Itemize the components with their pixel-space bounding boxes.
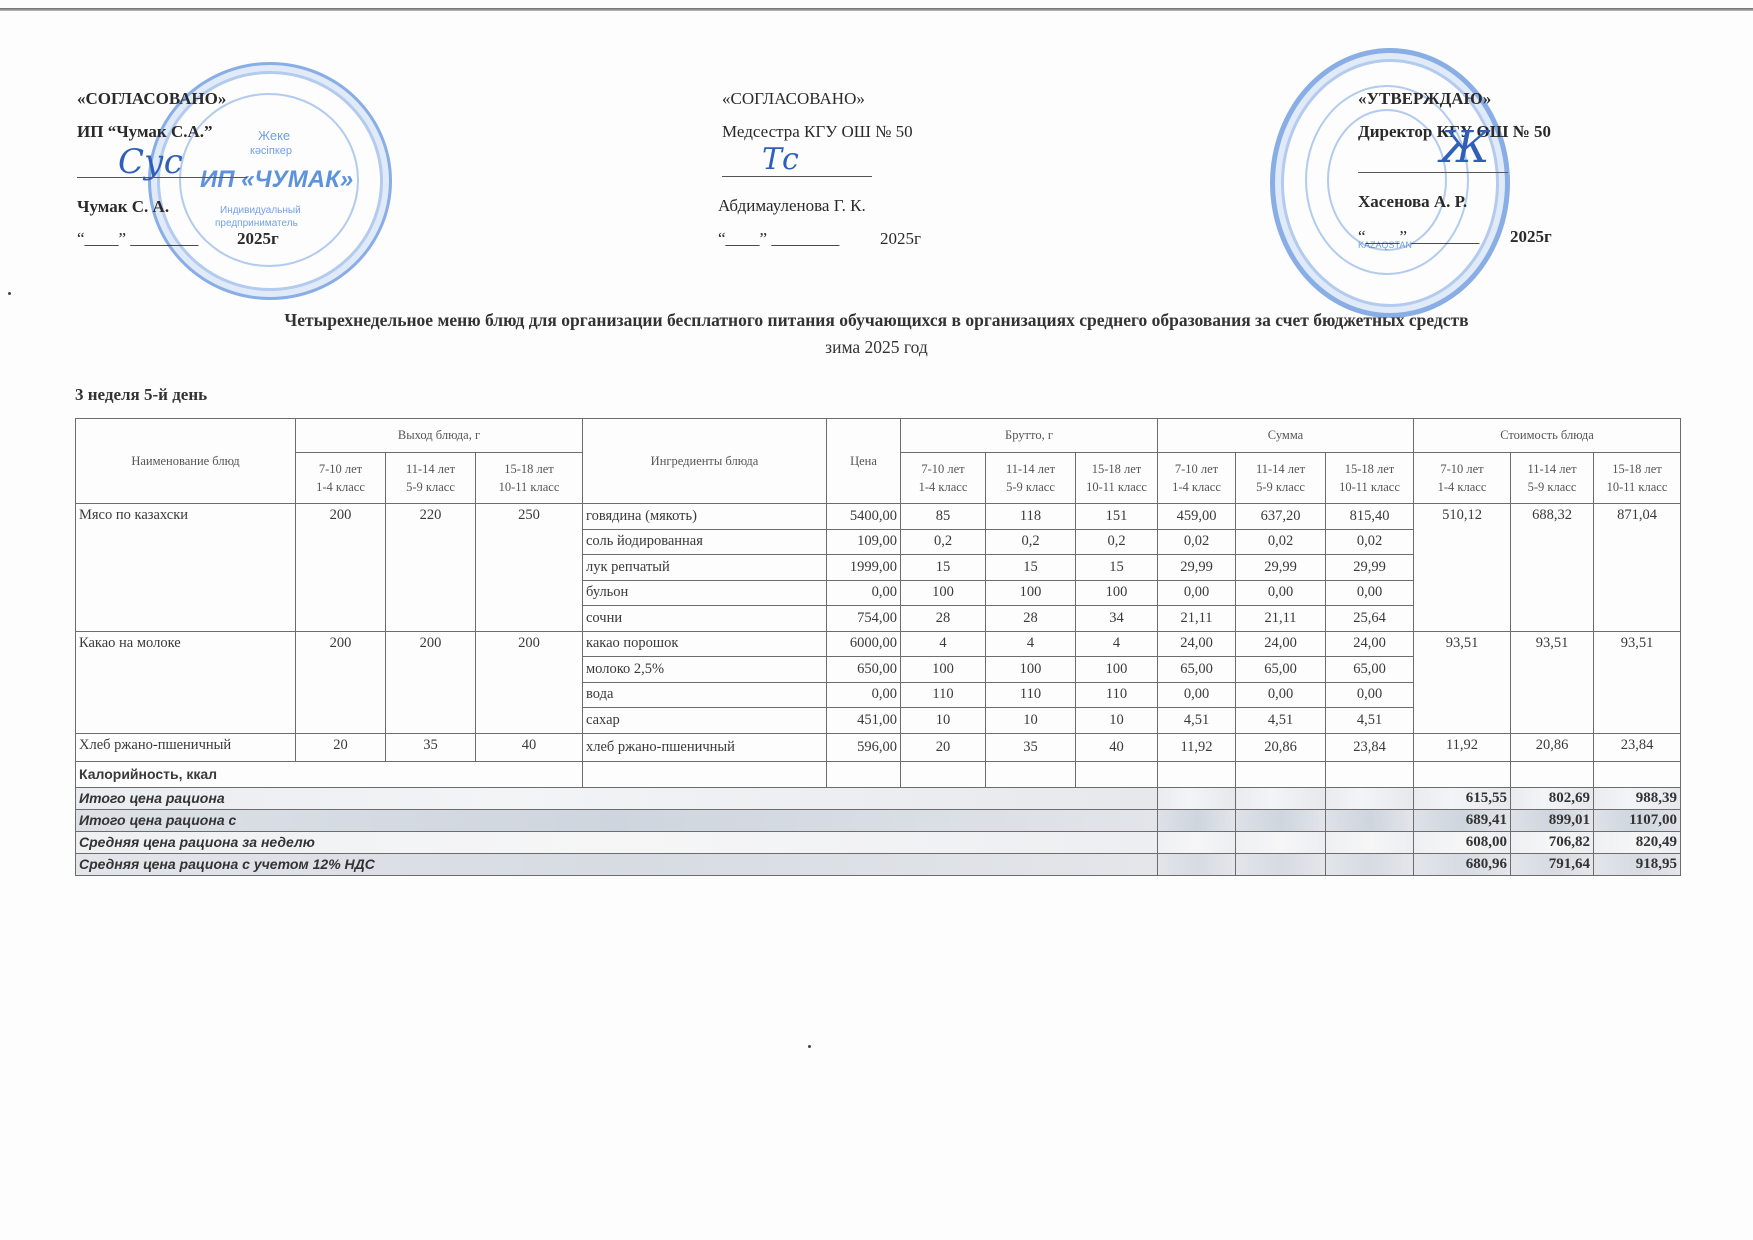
dish-yield: 200	[296, 504, 386, 632]
header-brutto-age-2: 11-14 лет5-9 класс	[986, 453, 1076, 504]
ingredient-price: 596,00	[827, 733, 901, 762]
header-cost-age-2: 11-14 лет5-9 класс	[1511, 453, 1594, 504]
ingredient-brutto: 40	[1076, 733, 1158, 762]
dish-cost: 93,51	[1414, 631, 1511, 733]
ingredient-sum: 4,51	[1236, 708, 1326, 734]
ingredient-sum: 24,00	[1236, 631, 1326, 657]
dish-yield: 200	[476, 631, 583, 733]
ingredient-brutto: 28	[901, 606, 986, 632]
ingredient-sum: 4,51	[1326, 708, 1414, 734]
summary-empty-cell	[1158, 787, 1236, 809]
dish-yield: 20	[296, 733, 386, 762]
summary-empty-cell	[1236, 853, 1326, 875]
document-title: Четырехнедельное меню блюд для организац…	[0, 310, 1753, 331]
summary-value: 1107,00	[1594, 809, 1681, 831]
summary-row: Итого цена рациона615,55802,69988,39	[76, 787, 1681, 809]
ingredient-name: бульон	[583, 580, 827, 606]
ingredient-price: 451,00	[827, 708, 901, 734]
dish-yield: 35	[386, 733, 476, 762]
ingredient-sum: 637,20	[1236, 504, 1326, 530]
signature-left: Сус	[118, 142, 183, 182]
menu-table: Наименование блюд Выход блюда, г Ингреди…	[75, 418, 1681, 876]
ingredient-brutto: 100	[986, 580, 1076, 606]
header-yield-age-3: 15-18 лет10-11 класс	[476, 453, 583, 504]
summary-empty-cell	[1158, 853, 1236, 875]
summary-empty-cell	[1158, 809, 1236, 831]
ingredient-brutto: 15	[901, 555, 986, 581]
calories-cell	[1326, 762, 1414, 788]
stamp-ip-chumak-label: ИП «ЧУМАК»	[200, 166, 353, 194]
approval-middle-position: Медсестра КГУ ОШ № 50	[722, 123, 913, 140]
ingredient-brutto: 110	[901, 682, 986, 708]
summary-row: Средняя цена рациона с учетом 12% НДС680…	[76, 853, 1681, 875]
ingredient-brutto: 100	[1076, 657, 1158, 683]
dish-cost: 688,32	[1511, 504, 1594, 632]
calories-cell	[1236, 762, 1326, 788]
ingredient-brutto: 4	[901, 631, 986, 657]
summary-value: 802,69	[1511, 787, 1594, 809]
calories-cell	[583, 762, 827, 788]
summary-value: 820,49	[1594, 831, 1681, 853]
header-ingredients: Ингредиенты блюда	[583, 419, 827, 504]
ingredient-sum: 0,02	[1158, 529, 1236, 555]
ingredient-brutto: 35	[986, 733, 1076, 762]
scan-edge	[0, 8, 1753, 11]
summary-value: 706,82	[1511, 831, 1594, 853]
summary-empty-cell	[1236, 831, 1326, 853]
ingredient-brutto: 4	[986, 631, 1076, 657]
ingredient-brutto: 10	[901, 708, 986, 734]
ingredient-brutto: 110	[1076, 682, 1158, 708]
dish-cost: 871,04	[1594, 504, 1681, 632]
dish-yield: 40	[476, 733, 583, 762]
scan-speck	[8, 292, 11, 295]
header-sum-age-3: 15-18 лет10-11 класс	[1326, 453, 1414, 504]
ingredient-brutto: 28	[986, 606, 1076, 632]
ingredient-brutto: 10	[1076, 708, 1158, 734]
summary-empty-cell	[1326, 831, 1414, 853]
document-subtitle: зима 2025 год	[0, 337, 1753, 358]
dish-name: Какао на молоке	[76, 631, 296, 733]
dish-name: Мясо по казахски	[76, 504, 296, 632]
ingredient-brutto: 15	[1076, 555, 1158, 581]
ingredient-name: молоко 2,5%	[583, 657, 827, 683]
dish-cost: 23,84	[1594, 733, 1681, 762]
calories-cell	[986, 762, 1076, 788]
header-sum-age-2: 11-14 лет5-9 класс	[1236, 453, 1326, 504]
ingredient-brutto: 100	[901, 657, 986, 683]
summary-value: 918,95	[1594, 853, 1681, 875]
calories-label: Калорийность, ккал	[76, 762, 583, 788]
dish-yield: 220	[386, 504, 476, 632]
dish-yield: 200	[296, 631, 386, 733]
header-yield: Выход блюда, г	[296, 419, 583, 453]
ingredient-sum: 21,11	[1158, 606, 1236, 632]
ingredient-sum: 0,00	[1158, 682, 1236, 708]
ingredient-brutto: 0,2	[901, 529, 986, 555]
ingredient-sum: 24,00	[1326, 631, 1414, 657]
ingredient-price: 754,00	[827, 606, 901, 632]
ingredient-sum: 4,51	[1158, 708, 1236, 734]
calories-row: Калорийность, ккал	[76, 762, 1681, 788]
header-yield-age-1: 7-10 лет1-4 класс	[296, 453, 386, 504]
summary-empty-cell	[1326, 809, 1414, 831]
ingredient-price: 5400,00	[827, 504, 901, 530]
header-brutto: Брутто, г	[901, 419, 1158, 453]
ingredient-brutto: 110	[986, 682, 1076, 708]
summary-empty-cell	[1236, 787, 1326, 809]
header-sum-age-1: 7-10 лет1-4 класс	[1158, 453, 1236, 504]
calories-cell	[1414, 762, 1511, 788]
summary-value: 680,96	[1414, 853, 1511, 875]
ingredient-sum: 29,99	[1236, 555, 1326, 581]
header-cost-age-1: 7-10 лет1-4 класс	[1414, 453, 1511, 504]
dish-yield: 200	[386, 631, 476, 733]
ingredient-name: хлеб ржано-пшеничный	[583, 733, 827, 762]
summary-label: Средняя цена рациона за неделю	[76, 831, 1158, 853]
ingredient-price: 109,00	[827, 529, 901, 555]
dish-cost: 510,12	[1414, 504, 1511, 632]
header-brutto-age-3: 15-18 лет10-11 класс	[1076, 453, 1158, 504]
signature-middle: Тс	[762, 142, 799, 177]
ingredient-price: 650,00	[827, 657, 901, 683]
dish-cost: 93,51	[1511, 631, 1594, 733]
ingredient-sum: 0,00	[1326, 682, 1414, 708]
header-yield-age-2: 11-14 лет5-9 класс	[386, 453, 476, 504]
calories-cell	[901, 762, 986, 788]
approval-right-year: 2025г	[1510, 228, 1552, 245]
ingredient-brutto: 10	[986, 708, 1076, 734]
summary-value: 988,39	[1594, 787, 1681, 809]
ingredient-sum: 0,00	[1326, 580, 1414, 606]
day-label: 3 неделя 5-й день	[75, 385, 207, 405]
ingredient-brutto: 100	[1076, 580, 1158, 606]
approval-left-name: Чумак С. А.	[77, 198, 169, 215]
ingredient-sum: 11,92	[1158, 733, 1236, 762]
table-row: Мясо по казахски200220250говядина (мякот…	[76, 504, 1681, 530]
dish-cost: 20,86	[1511, 733, 1594, 762]
summary-label: Итого цена рациона	[76, 787, 1158, 809]
dish-name: Хлеб ржано-пшеничный	[76, 733, 296, 762]
summary-row: Средняя цена рациона за неделю608,00706,…	[76, 831, 1681, 853]
scan-speck	[808, 1045, 811, 1048]
approval-right-date: “____” ________	[1358, 228, 1479, 245]
dish-yield: 250	[476, 504, 583, 632]
ingredient-sum: 0,02	[1326, 529, 1414, 555]
ingredient-sum: 23,84	[1326, 733, 1414, 762]
calories-cell	[1076, 762, 1158, 788]
summary-value: 615,55	[1414, 787, 1511, 809]
approval-middle-heading: «СОГЛАСОВАНО»	[722, 90, 865, 107]
summary-empty-cell	[1326, 853, 1414, 875]
summary-value: 689,41	[1414, 809, 1511, 831]
ingredient-sum: 29,99	[1326, 555, 1414, 581]
summary-value: 791,64	[1511, 853, 1594, 875]
summary-empty-cell	[1326, 787, 1414, 809]
ingredient-name: говядина (мякоть)	[583, 504, 827, 530]
ingredient-brutto: 85	[901, 504, 986, 530]
ingredient-sum: 0,02	[1236, 529, 1326, 555]
calories-cell	[1511, 762, 1594, 788]
dish-cost: 11,92	[1414, 733, 1511, 762]
ingredient-sum: 65,00	[1326, 657, 1414, 683]
approval-middle-year: 2025г	[880, 230, 921, 247]
ingredient-sum: 25,64	[1326, 606, 1414, 632]
ingredient-brutto: 34	[1076, 606, 1158, 632]
header-price: Цена	[827, 419, 901, 504]
ingredient-name: лук репчатый	[583, 555, 827, 581]
ingredient-sum: 20,86	[1236, 733, 1326, 762]
header-dish-cost: Стоимость блюда	[1414, 419, 1681, 453]
ingredient-sum: 459,00	[1158, 504, 1236, 530]
summary-empty-cell	[1158, 831, 1236, 853]
table-row: Какао на молоке200200200какао порошок600…	[76, 631, 1681, 657]
dish-cost: 93,51	[1594, 631, 1681, 733]
header-brutto-age-1: 7-10 лет1-4 класс	[901, 453, 986, 504]
ingredient-sum: 21,11	[1236, 606, 1326, 632]
ingredient-sum: 0,00	[1158, 580, 1236, 606]
ingredient-sum: 29,99	[1158, 555, 1236, 581]
header-cost-age-3: 15-18 лет10-11 класс	[1594, 453, 1681, 504]
approval-left-heading: «СОГЛАСОВАНО»	[77, 90, 226, 107]
approval-middle-name: Абдимауленова Г. К.	[718, 197, 866, 214]
approval-right-name: Хасенова А. Р.	[1358, 193, 1467, 210]
summary-value: 608,00	[1414, 831, 1511, 853]
summary-row: Итого цена рациона с689,41899,011107,00	[76, 809, 1681, 831]
approval-left-year: 2025г	[237, 230, 279, 247]
calories-cell	[827, 762, 901, 788]
ingredient-sum: 0,00	[1236, 682, 1326, 708]
ingredient-price: 1999,00	[827, 555, 901, 581]
ingredient-name: какао порошок	[583, 631, 827, 657]
ingredient-name: соль йодированная	[583, 529, 827, 555]
ingredient-sum: 24,00	[1158, 631, 1236, 657]
ingredient-sum: 815,40	[1326, 504, 1414, 530]
approval-middle-date: “____” ________	[718, 230, 839, 247]
summary-value: 899,01	[1511, 809, 1594, 831]
ingredient-brutto: 100	[901, 580, 986, 606]
ingredient-name: вода	[583, 682, 827, 708]
ingredient-sum: 65,00	[1158, 657, 1236, 683]
calories-cell	[1594, 762, 1681, 788]
ingredient-price: 0,00	[827, 580, 901, 606]
ingredient-brutto: 118	[986, 504, 1076, 530]
approval-right-heading: «УТВЕРЖДАЮ»	[1358, 90, 1491, 107]
ingredient-sum: 65,00	[1236, 657, 1326, 683]
summary-label: Средняя цена рациона с учетом 12% НДС	[76, 853, 1158, 875]
ingredient-brutto: 20	[901, 733, 986, 762]
ingredient-brutto: 0,2	[1076, 529, 1158, 555]
table-row: Хлеб ржано-пшеничный203540хлеб ржано-пше…	[76, 733, 1681, 762]
summary-empty-cell	[1236, 809, 1326, 831]
ingredient-brutto: 4	[1076, 631, 1158, 657]
header-dish-name: Наименование блюд	[76, 419, 296, 504]
ingredient-brutto: 151	[1076, 504, 1158, 530]
ingredient-price: 6000,00	[827, 631, 901, 657]
signature-right: Ж	[1440, 122, 1489, 173]
ingredient-name: сочни	[583, 606, 827, 632]
ingredient-price: 0,00	[827, 682, 901, 708]
calories-cell	[1158, 762, 1236, 788]
ingredient-name: сахар	[583, 708, 827, 734]
summary-label: Итого цена рациона с	[76, 809, 1158, 831]
approval-left-date: “____” ________	[77, 230, 198, 247]
ingredient-sum: 0,00	[1236, 580, 1326, 606]
header-sum: Сумма	[1158, 419, 1414, 453]
approval-left-position: ИП “Чумак С.А.”	[77, 123, 213, 140]
ingredient-brutto: 100	[986, 657, 1076, 683]
ingredient-brutto: 15	[986, 555, 1076, 581]
ingredient-brutto: 0,2	[986, 529, 1076, 555]
